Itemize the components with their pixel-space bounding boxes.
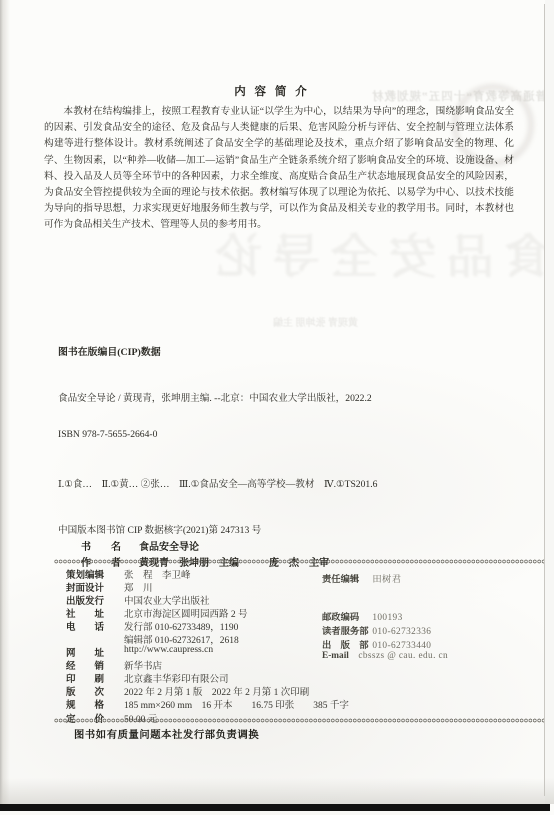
cip-isbn: ISBN 978-7-5655-2664-0 <box>58 429 377 440</box>
row-label: 电 话 <box>66 619 110 632</box>
scan-bottom-shadow <box>0 778 554 804</box>
row-label: 读者服务部 <box>322 623 370 637</box>
row-value: 中国农业大学出版社 <box>124 593 210 606</box>
publishing-dept-row: 出 版 部 010-62733440 <box>322 637 431 651</box>
colophon-row-website: 网 址http://www.caupress.cn <box>66 645 349 658</box>
row-label: 版 次 <box>66 684 110 697</box>
row-value: 010-62733440 <box>372 641 431 651</box>
row-label: 社 址 <box>66 606 110 619</box>
row-label: 规 格 <box>66 697 110 710</box>
row-label: 印 刷 <box>66 671 110 684</box>
row-label: 封面设计 <box>66 580 110 593</box>
postcode-row: 邮政编码 100193 <box>322 609 403 623</box>
content-summary-heading: 内 容 简 介 <box>0 83 544 99</box>
row-value: 2022 年 2 月第 1 版 2022 年 2 月第 1 次印刷 <box>124 684 309 697</box>
colophon-block: 策划编辑张 程 李卫峰 封面设计郑 川 出版发行中国农业大学出版社 社 址北京市… <box>66 567 349 724</box>
row-value: 郑 川 <box>124 580 153 593</box>
row-label: E-mail <box>322 651 356 661</box>
row-value: 010-62732336 <box>372 627 431 637</box>
row-value: 张 程 李卫峰 <box>124 567 191 580</box>
colophon-row-format: 规 格185 mm×260 mm 16 开本 16.75 印张 385 千字 <box>66 697 349 710</box>
content-summary-paragraph: 本教材在结构编排上，按照工程教育专业认证“以学生为中心，以结果为导向”的理念，围… <box>44 104 514 234</box>
row-label <box>66 632 110 645</box>
colophon-row-phone2: 编辑部 010-62732617，2618 <box>66 632 349 645</box>
colophon-row-phone: 电 话发行部 010-62733489，1190 <box>66 619 349 632</box>
colophon-row-address: 社 址北京市海淀区圆明园西路 2 号 <box>66 606 349 619</box>
row-label: 经 销 <box>66 658 110 671</box>
row-value: 编辑部 010-62732617，2618 <box>124 632 239 645</box>
wavy-divider-bottom <box>54 718 548 723</box>
quality-notice: 图书如有质量问题本社发行部负责调换 <box>74 726 259 741</box>
wavy-divider-top <box>54 559 548 564</box>
row-label: 出版发行 <box>66 593 110 606</box>
row-value: 100193 <box>372 613 402 623</box>
colophon-row-printer: 印 刷北京鑫丰华彩印有限公司 <box>66 671 349 684</box>
row-value: 北京市海淀区圆明园西路 2 号 <box>124 606 248 619</box>
row-label: 网 址 <box>66 645 110 658</box>
scanned-copyright-page: 普通高等教育“十四五”规划教材 食品安全导论 黄现青 张坤朋 主编 内 容 简 … <box>0 0 554 815</box>
responsible-editor-row: 责任编辑 田树君 <box>322 571 401 585</box>
cip-classification: Ⅰ.①食… Ⅱ.①黄… ②张… Ⅲ.①食品安全—高等学校—教材 Ⅳ.①TS201… <box>58 476 377 490</box>
row-label: 出 版 部 <box>322 637 370 651</box>
row-label: 责任编辑 <box>322 571 370 585</box>
colophon-row-publisher: 出版发行中国农业大学出版社 <box>66 593 349 606</box>
colophon-row-cover-design: 封面设计郑 川 <box>66 580 349 593</box>
scan-bottom-bar <box>0 804 550 811</box>
row-value: 185 mm×260 mm 16 开本 16.75 印张 385 千字 <box>124 697 349 710</box>
scan-right-edge <box>544 4 545 796</box>
row-value: 田树君 <box>372 575 401 585</box>
cip-heading: 图书在版编目(CIP)数据 <box>58 344 377 358</box>
book-title-label: 书 名 <box>81 538 127 553</box>
colophon-row-planning-editor: 策划编辑张 程 李卫峰 <box>66 567 349 580</box>
email-text: cbsszs @ cau. edu. cn <box>358 651 448 661</box>
colophon-row-distributor: 经 销新华书店 <box>66 658 349 671</box>
reader-service-row: 读者服务部 010-62732336 <box>322 623 431 637</box>
scan-right-margin <box>545 0 554 804</box>
colophon-row-edition: 版 次2022 年 2 月第 1 版 2022 年 2 月第 1 次印刷 <box>66 684 349 697</box>
book-title-row: 书 名食品安全导论 <box>66 527 329 543</box>
cip-title-line: 食品安全导论 / 黄现青，张坤朋主编. --北京：中国农业大学出版社，2022.… <box>58 390 377 404</box>
title-author-block: 书 名食品安全导论 作 者黄现青 张坤朋 主编庞 杰 主审 <box>66 527 329 559</box>
email-row: E-mail cbsszs @ cau. edu. cn <box>322 651 448 661</box>
row-value: 北京鑫丰华彩印有限公司 <box>124 671 229 684</box>
row-value: 发行部 010-62733489，1190 <box>124 619 238 632</box>
book-title-value: 食品安全导论 <box>139 542 199 553</box>
row-value: 新华书店 <box>124 658 162 671</box>
row-label: 策划编辑 <box>66 567 110 580</box>
row-label: 邮政编码 <box>322 609 370 623</box>
website-text: http://www.caupress.cn <box>124 645 213 658</box>
cip-block: 图书在版编目(CIP)数据 食品安全导论 / 黄现青，张坤朋主编. --北京：中… <box>58 322 377 558</box>
scan-left-edge <box>0 0 10 804</box>
